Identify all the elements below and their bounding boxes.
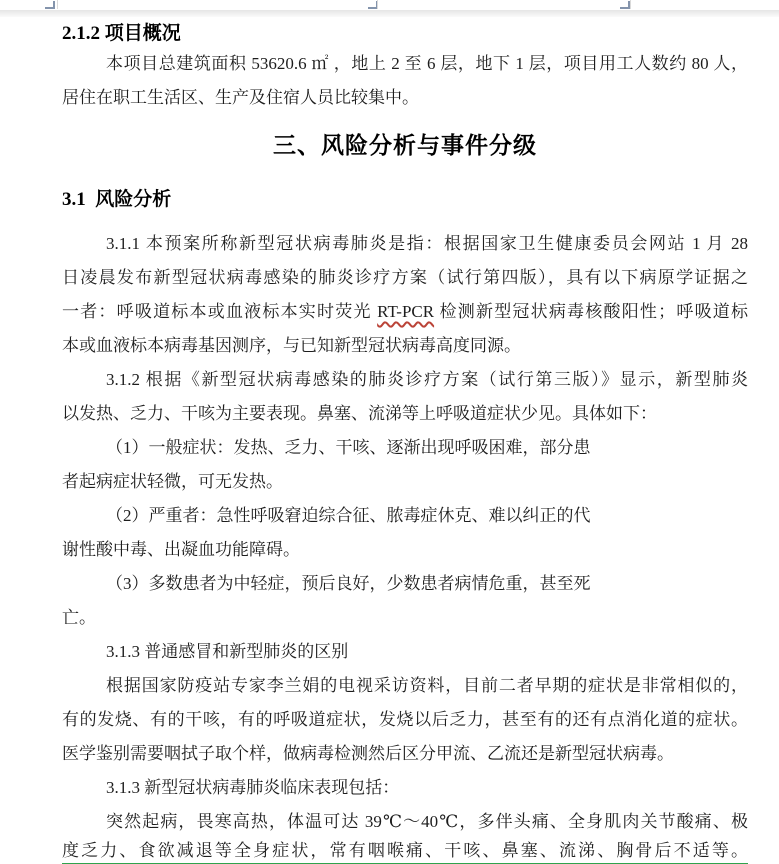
body-line: 有的发烧、有的干咳，有的呼吸道症状，发烧以后乏力，甚至有的还有点消化道的症状。 — [62, 703, 748, 737]
table-cell-border — [57, 0, 58, 9]
body-line: 谢性酸中毒、出凝血功能障碍。 — [62, 533, 748, 567]
body-line: 3.1.3 普通感冒和新型肺炎的区别 — [62, 635, 748, 669]
body-line: 医学鉴别需要咽拭子取个样，做病毒检测然后区分甲流、乙流还是新型冠状病毒。 — [62, 737, 748, 771]
body-line: 本或血液标本病毒基因测序，与已知新型冠状病毒高度同源。 — [62, 329, 748, 363]
table-cell-marker-icon — [620, 1, 630, 9]
body-line-segment: 一者：呼吸道标本或血液标本实时荧光 — [62, 302, 377, 321]
section-heading-3-1: 3.1 风险分析 — [62, 185, 748, 215]
cutoff-table-row — [0, 0, 779, 10]
body-line: 3.1.1 本预案所称新型冠状病毒肺炎是指：根据国家卫生健康委员会网站 1 月 … — [62, 227, 748, 261]
body-line: （3）多数患者为中轻症，预后良好，少数患者病情危重，甚至死 — [62, 567, 748, 601]
body-line: 突然起病，畏寒高热，体温可达 39℃～40℃，多伴头痛、全身肌肉关节酸痛、极 — [62, 805, 748, 839]
body-line-segment: 检测新型冠状病毒核酸阳性；呼吸道标 — [434, 302, 748, 321]
body-line: 居住在职工生活区、生产及住宿人员比较集中。 — [62, 81, 748, 115]
risk-analysis-text: 3.1.1 本预案所称新型冠状病毒肺炎是指：根据国家卫生健康委员会网站 1 月 … — [62, 227, 748, 864]
chapter-heading: 三、风险分析与事件分级 — [62, 123, 748, 169]
table-cell-border — [377, 0, 378, 9]
project-overview-paragraph: 本项目总建筑面积 53620.6 ㎡ ，地上 2 至 6 层，地下 1 层，项目… — [62, 47, 748, 115]
body-line: 本项目总建筑面积 53620.6 ㎡ ，地上 2 至 6 层，地下 1 层，项目… — [62, 47, 748, 81]
table-cell-border — [630, 0, 631, 9]
section-heading-2-1-2: 2.1.2 项目概况 — [62, 21, 748, 47]
document-page: 2.1.2 项目概况 本项目总建筑面积 53620.6 ㎡ ，地上 2 至 6 … — [0, 0, 779, 864]
document-body: 2.1.2 项目概况 本项目总建筑面积 53620.6 ㎡ ，地上 2 至 6 … — [62, 17, 748, 864]
body-line: （1）一般症状：发热、乏力、干咳、逐渐出现呼吸困难，部分患 — [62, 431, 748, 465]
body-line: 以发热、乏力、干咳为主要表现。鼻塞、流涕等上呼吸道症状少见。具体如下： — [62, 397, 748, 431]
page-edge-shadow — [0, 10, 779, 17]
table-cell-marker-icon — [45, 1, 55, 9]
body-line: 一者：呼吸道标本或血液标本实时荧光 RT-PCR 检测新型冠状病毒核酸阳性；呼吸… — [62, 295, 748, 329]
body-line: 3.1.3 新型冠状病毒肺炎临床表现包括： — [62, 771, 748, 805]
body-line: 3.1.2 根据《新型冠状病毒感染的肺炎诊疗方案（试行第三版）》显示，新型肺炎 — [62, 363, 748, 397]
body-line: 亡。 — [62, 601, 748, 635]
body-line-grammar-underlined: 度乏力、食欲减退等全身症状，常有咽喉痛、干咳、鼻塞、流涕、胸骨后不适等。 — [62, 839, 748, 864]
spellcheck-flagged-term: RT-PCR — [377, 302, 434, 321]
body-line: 日凌晨发布新型冠状病毒感染的肺炎诊疗方案（试行第四版），具有以下病原学证据之 — [62, 261, 748, 295]
body-line: 根据国家防疫站专家李兰娟的电视采访资料，目前二者早期的症状是非常相似的， — [62, 669, 748, 703]
body-line: （2）严重者：急性呼吸窘迫综合征、脓毒症休克、难以纠正的代 — [62, 499, 748, 533]
body-line: 者起病症状轻微，可无发热。 — [62, 465, 748, 499]
